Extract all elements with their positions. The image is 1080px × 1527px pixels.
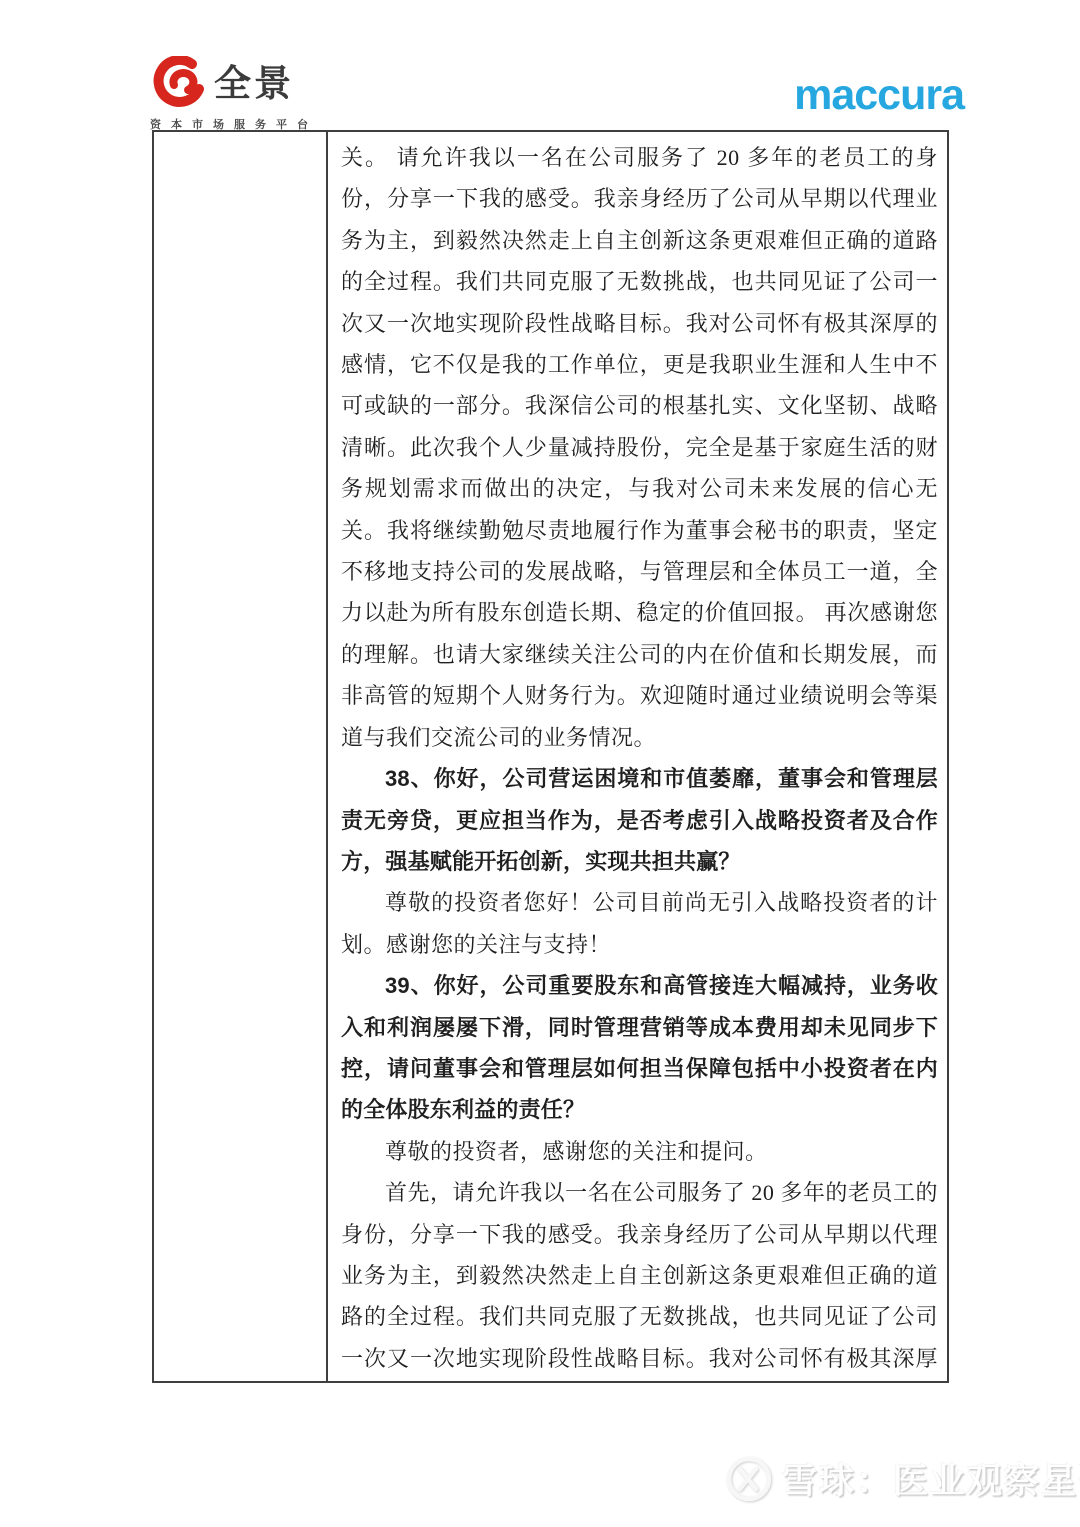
- paragraph-answer-39-intro: 尊敬的投资者，感谢您的关注和提问。: [341, 1131, 938, 1172]
- qa-table-label-cell: [154, 132, 328, 1381]
- paragraph-answer-39-body: 首先，请允许我以一名在公司服务了 20 多年的老员工的身份，分享一下我的感受。我…: [341, 1172, 938, 1381]
- p5w-logo-text: 全景: [214, 65, 294, 102]
- xueqiu-snowball-icon: [726, 1456, 772, 1502]
- paragraph-answer-38: 尊敬的投资者您好！公司目前尚无引入战略投资者的计划。感谢您的关注与支持！: [341, 882, 938, 965]
- paragraph-answer-37-continued: 关。 请允许我以一名在公司服务了 20 多年的老员工的身份，分享一下我的感受。我…: [341, 137, 938, 758]
- xueqiu-watermark: 雪球：医业观察星哥: [726, 1454, 1080, 1504]
- paragraph-question-38: 38、你好，公司营运困境和市值萎靡，董事会和管理层责无旁贷，更应担当作为，是否考…: [341, 758, 938, 882]
- maccura-logo: maccura: [779, 74, 964, 117]
- p5w-logo: 全景 资本市场服务平台: [150, 56, 340, 132]
- p5w-e-swoosh-icon: [150, 56, 206, 110]
- xueqiu-watermark-text: 雪球：医业观察星哥: [782, 1454, 1080, 1504]
- document-page: 全景 资本市场服务平台 maccura 关。 请允许我以一名在公司服务了 20 …: [0, 0, 1080, 1527]
- qa-table: 关。 请允许我以一名在公司服务了 20 多年的老员工的身份，分享一下我的感受。我…: [152, 130, 949, 1383]
- paragraph-question-39: 39、你好，公司重要股东和高管接连大幅减持，业务收入和利润屡屡下滑，同时管理营销…: [341, 965, 938, 1131]
- qa-table-content-cell: 关。 请允许我以一名在公司服务了 20 多年的老员工的身份，分享一下我的感受。我…: [328, 132, 947, 1381]
